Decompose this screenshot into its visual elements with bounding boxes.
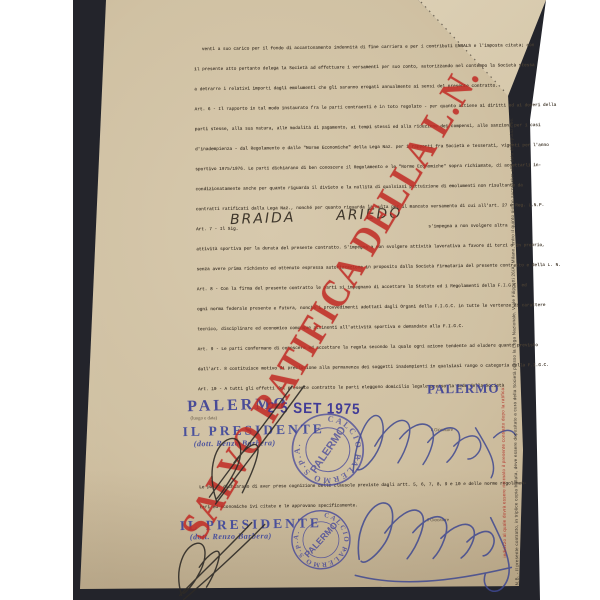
photographed-contract-page: venti a suo carico per il fondo di accan…	[0, 0, 600, 600]
place-hint-label: (luogo e data)	[190, 415, 217, 421]
round-stamp-cross: +	[341, 546, 347, 556]
player-signature-1	[352, 414, 516, 480]
place-stamp-right: PALERMO	[427, 381, 500, 398]
page-content: venti a suo carico per il fondo di accan…	[0, 0, 600, 600]
round-stamp-cross: +	[355, 453, 361, 464]
margin-note-return-address: indirizzo al quale dovrà essere ritornat…	[500, 386, 507, 557]
player-label-1: Il Giocatore	[431, 427, 454, 432]
typed-line: tari ed economiche ivi citate e le appro…	[199, 492, 499, 516]
player-label-2: Il Giocatore	[427, 517, 450, 522]
player-signature-2	[354, 501, 511, 593]
